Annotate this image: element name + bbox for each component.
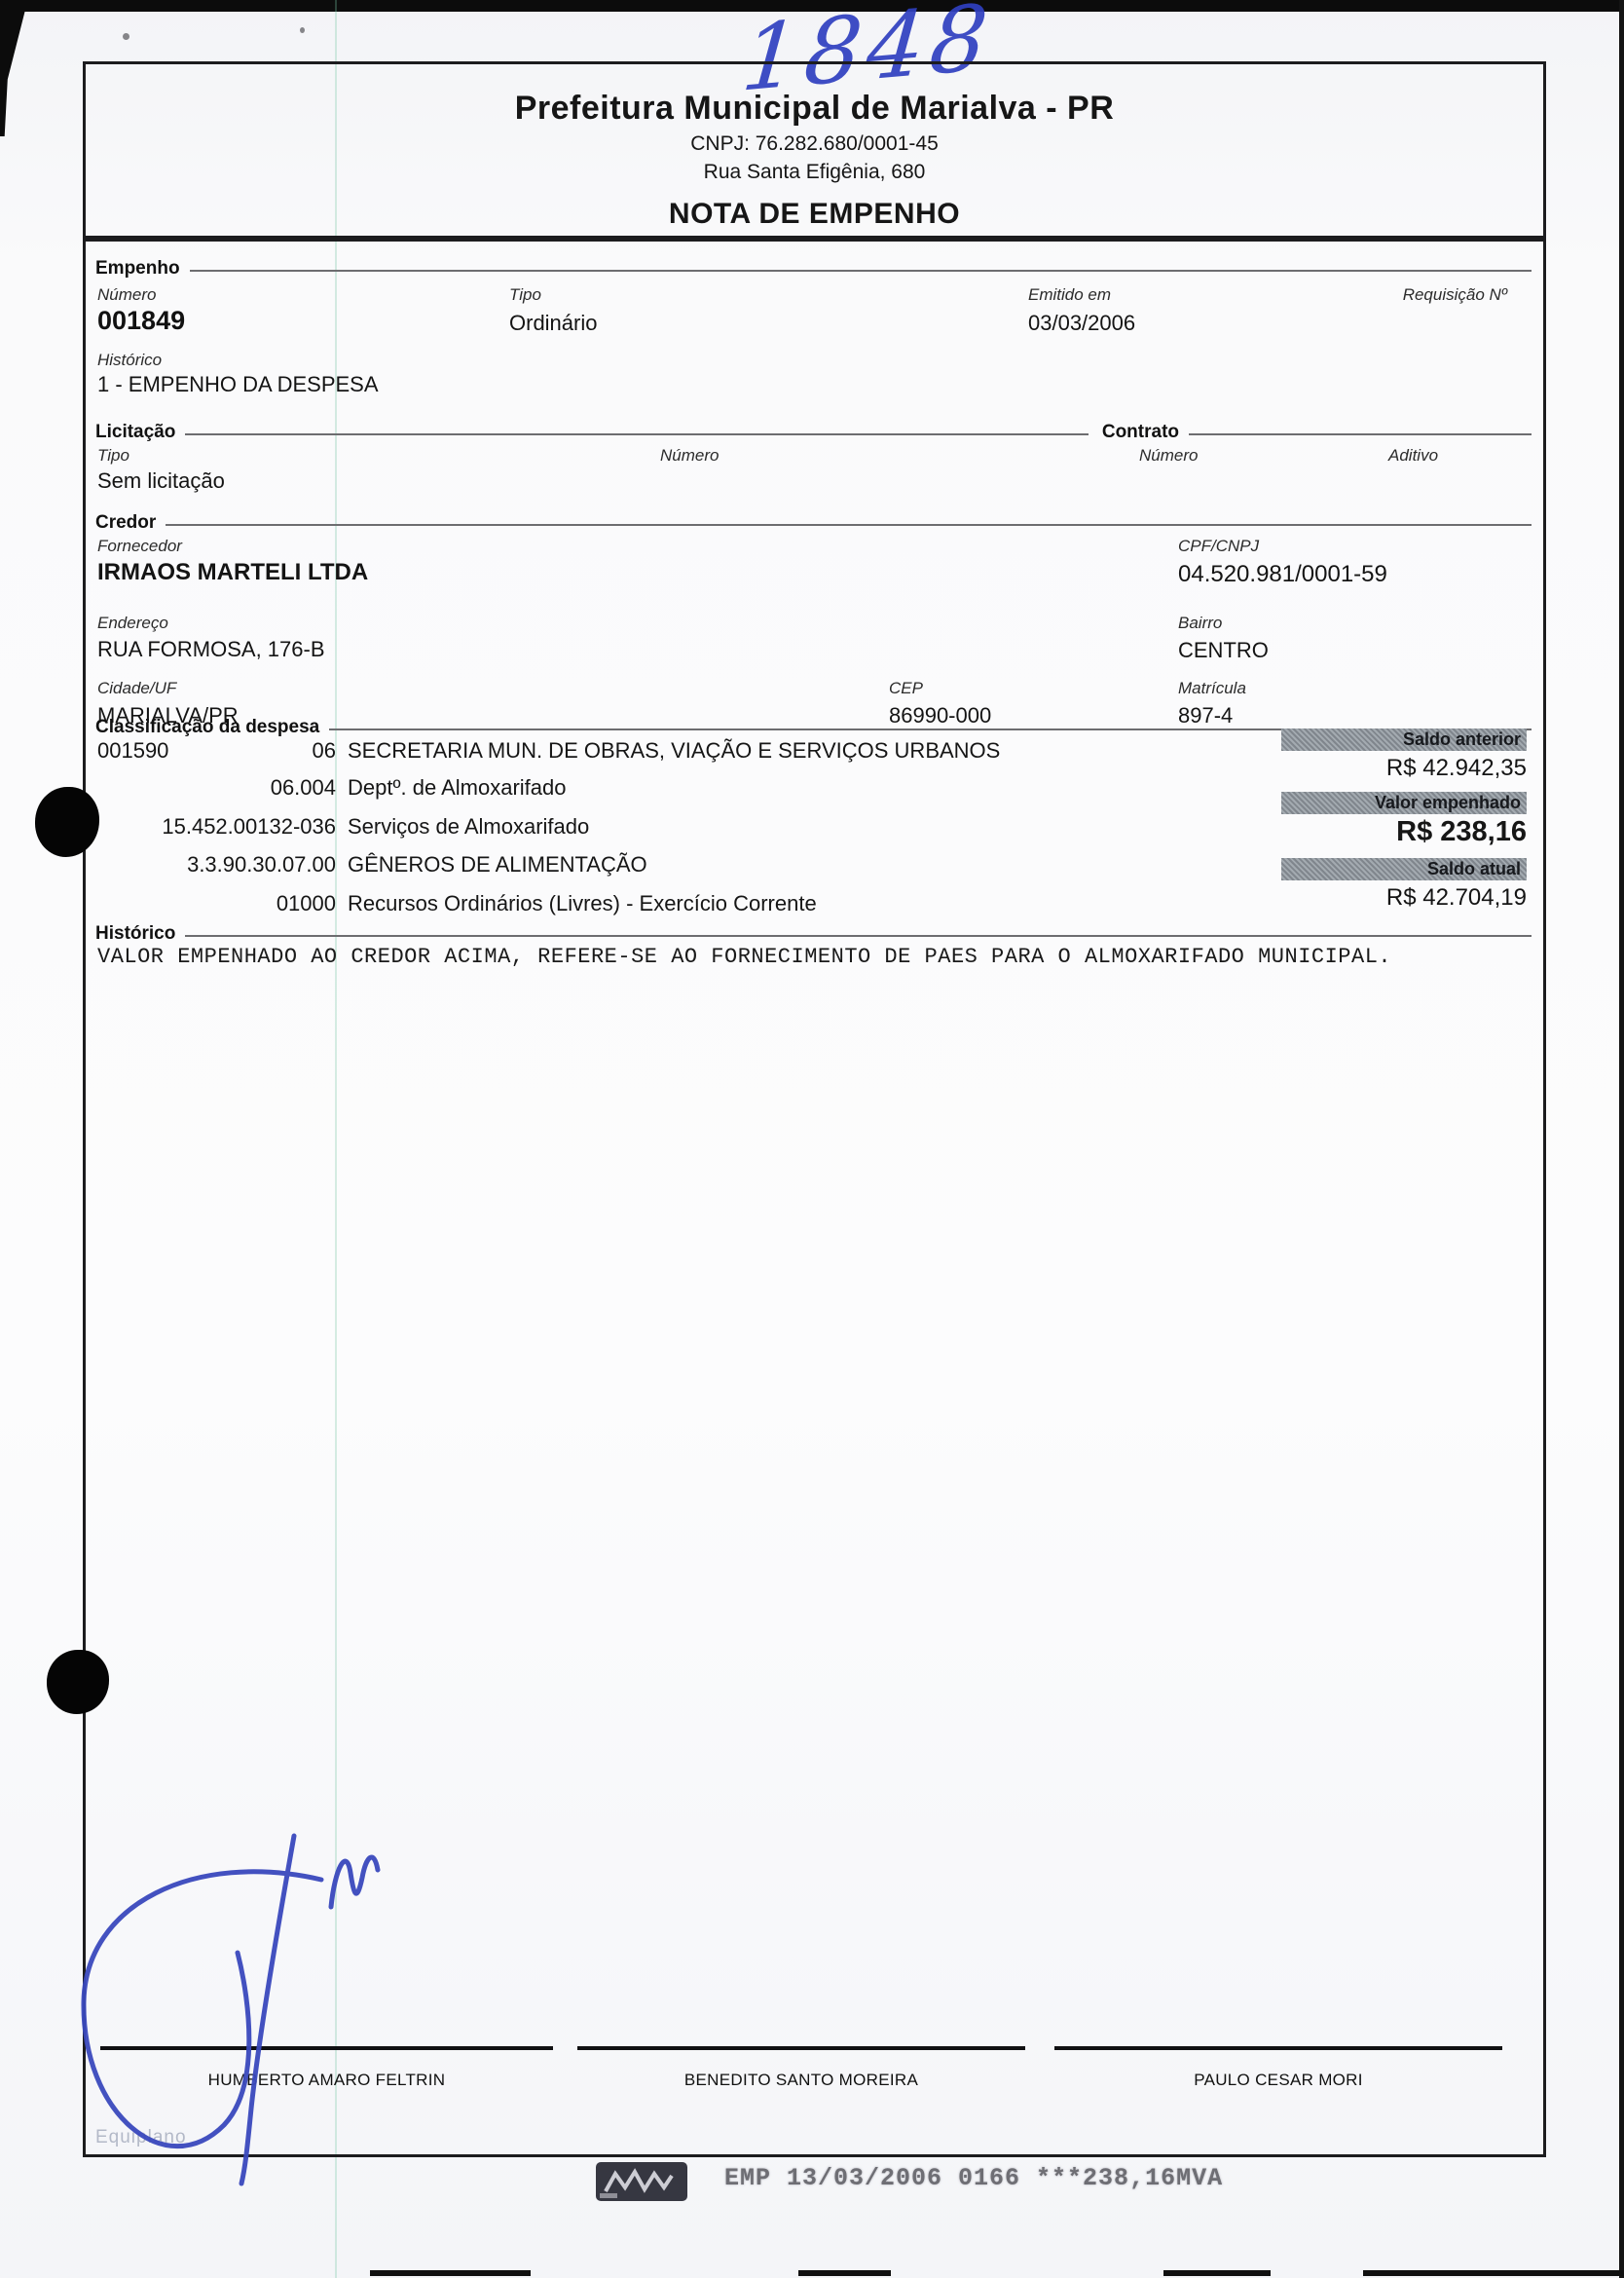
contrato-aditivo-label: Aditivo	[1388, 446, 1438, 466]
scan-edge-right	[1619, 0, 1624, 2278]
signature-line	[577, 2046, 1025, 2050]
section-historico: Histórico	[95, 923, 1532, 945]
credor-matricula-label: Matrícula	[1178, 679, 1246, 698]
empenho-emitido-label: Emitido em	[1028, 285, 1111, 305]
licitacao-numero-label: Número	[660, 446, 719, 466]
classificacao-desc: Recursos Ordinários (Livres) - Exercício…	[348, 891, 817, 915]
section-rule	[190, 270, 1532, 272]
scan-edge-bottom-dash	[1363, 2270, 1624, 2276]
section-credor: Credor	[95, 512, 1532, 534]
licitacao-tipo-label: Tipo	[97, 446, 129, 466]
stamp-text: EMP 13/03/2006 0166 ***238,16MVA	[724, 2164, 1223, 2192]
empenho-numero-value: 001849	[97, 306, 185, 336]
section-empenho: Empenho	[95, 258, 1532, 280]
section-licitacao-contrato: Licitação Contrato	[95, 422, 1532, 443]
empenho-historico-value: 1 - EMPENHO DA DESPESA	[97, 372, 379, 397]
contrato-numero-label: Número	[1139, 446, 1198, 466]
header-cnpj: CNPJ: 76.282.680/0001-45	[86, 132, 1543, 156]
dot-matrix-logo	[594, 2158, 689, 2205]
section-rule	[185, 935, 1532, 937]
scan-speck	[300, 27, 305, 33]
valor-empenhado-badge: Valor empenhado	[1281, 792, 1527, 814]
handwritten-signature	[39, 1811, 448, 2221]
credor-bairro-value: CENTRO	[1178, 638, 1269, 663]
empenho-tipo-label: Tipo	[509, 285, 541, 305]
header-box: Prefeitura Municipal de Marialva - PR CN…	[83, 61, 1546, 239]
valor-empenhado-value: R$ 238,16	[1281, 816, 1527, 848]
credor-fornecedor-value: IRMAOS MARTELI LTDA	[97, 559, 368, 586]
scan-speck	[123, 33, 129, 40]
classificacao-desc: SECRETARIA MUN. DE OBRAS, VIAÇÃO E SERVI…	[348, 738, 1000, 763]
section-rule	[185, 433, 1088, 435]
credor-cpfcnpj-label: CPF/CNPJ	[1178, 537, 1259, 556]
classificacao-row: 15.452.00132-036Serviços de Almoxarifado	[97, 814, 589, 840]
classificacao-code: 06.004	[97, 775, 336, 801]
classificacao-code: 06	[234, 738, 336, 764]
empenho-tipo-value: Ordinário	[509, 311, 597, 336]
document-type-title: NOTA DE EMPENHO	[86, 198, 1543, 231]
credor-bairro-label: Bairro	[1178, 614, 1222, 633]
scan-edge-bottom-dash	[1163, 2270, 1271, 2276]
classificacao-code: 15.452.00132-036	[97, 814, 336, 840]
valor-empenhado-amount: R$ 238,16	[1396, 816, 1527, 847]
classificacao-desc: Deptº. de Almoxarifado	[348, 775, 567, 800]
section-credor-label: Credor	[95, 512, 156, 534]
section-rule	[166, 524, 1532, 526]
classificacao-code: 3.3.90.30.07.00	[97, 852, 336, 878]
classificacao-desc: Serviços de Almoxarifado	[348, 814, 589, 839]
section-historico-label: Histórico	[95, 923, 175, 945]
credor-cep-label: CEP	[889, 679, 923, 698]
signature-name: PAULO CESAR MORI	[1054, 2071, 1502, 2090]
empenho-emitido-value: 03/03/2006	[1028, 311, 1135, 336]
saldo-anterior-badge: Saldo anterior	[1281, 728, 1527, 751]
saldo-anterior-value: R$ 42.942,35	[1281, 755, 1527, 782]
section-contrato-label: Contrato	[1102, 422, 1179, 443]
credor-cpfcnpj-value: 04.520.981/0001-59	[1178, 561, 1387, 588]
section-licitacao-label: Licitação	[95, 422, 175, 443]
credor-endereco-label: Endereço	[97, 614, 168, 633]
saldo-atual-value: R$ 42.704,19	[1281, 884, 1527, 912]
scanned-document-page: 1848 Prefeitura Municipal de Marialva - …	[0, 0, 1624, 2278]
saldo-anterior-amount: R$ 42.942,35	[1386, 755, 1527, 781]
header-address: Rua Santa Efigênia, 680	[86, 161, 1543, 184]
empenho-numero-label: Número	[97, 285, 156, 305]
empenho-requisicao-label: Requisição Nº	[1347, 285, 1507, 305]
licitacao-tipo-value: Sem licitação	[97, 468, 225, 494]
scan-edge-bottom-dash	[370, 2270, 531, 2276]
signature-name: BENEDITO SANTO MOREIRA	[577, 2071, 1025, 2090]
classificacao-row: 06.004Deptº. de Almoxarifado	[97, 775, 567, 801]
historico-text: VALOR EMPENHADO AO CREDOR ACIMA, REFERE-…	[97, 945, 1391, 969]
saldo-atual-badge: Saldo atual	[1281, 858, 1527, 880]
section-classificacao-label: Classificação da despesa	[95, 717, 319, 738]
credor-endereco-value: RUA FORMOSA, 176-B	[97, 637, 325, 662]
scan-edge-bottom-dash	[798, 2270, 891, 2276]
scan-edge-left	[0, 10, 25, 136]
section-rule	[1189, 433, 1532, 435]
classificacao-desc: GÊNEROS DE ALIMENTAÇÃO	[348, 852, 647, 877]
signature-line	[1054, 2046, 1502, 2050]
section-empenho-label: Empenho	[95, 258, 180, 280]
saldo-atual-amount: R$ 42.704,19	[1386, 884, 1527, 911]
credor-cidadeuf-label: Cidade/UF	[97, 679, 176, 698]
page-title: Prefeitura Municipal de Marialva - PR	[86, 90, 1543, 128]
classificacao-dotacao: 001590	[97, 738, 234, 764]
classificacao-row: 3.3.90.30.07.00GÊNEROS DE ALIMENTAÇÃO	[97, 852, 647, 878]
credor-fornecedor-label: Fornecedor	[97, 537, 182, 556]
classificacao-row: 01000Recursos Ordinários (Livres) - Exer…	[97, 891, 817, 916]
empenho-historico-label: Histórico	[97, 351, 162, 370]
classificacao-code: 01000	[97, 891, 336, 916]
classificacao-row: 00159006SECRETARIA MUN. DE OBRAS, VIAÇÃO…	[97, 738, 1000, 764]
